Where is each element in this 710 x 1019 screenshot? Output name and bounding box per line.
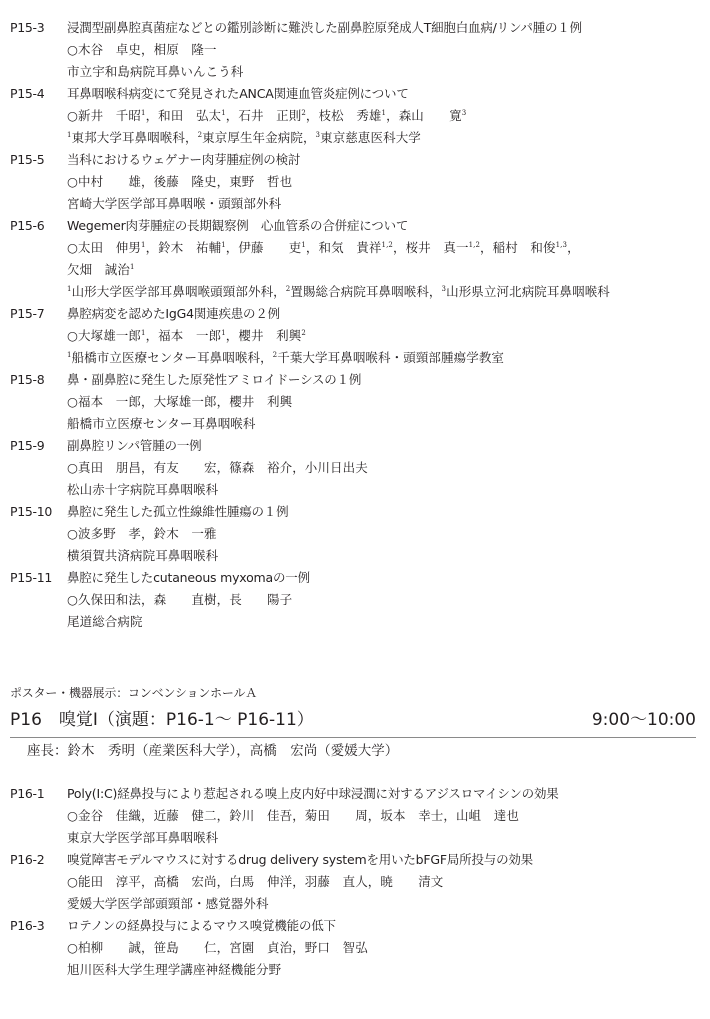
abstract-entry: P15-3 浸潤型副鼻腔真菌症などとの鑑別診断に難渋した副鼻腔原発成人T細胞白血… <box>0 17 710 83</box>
affiliation-marker: 3 <box>462 109 467 117</box>
affiliation-marker: 1 <box>130 263 135 271</box>
abstract-authors: ○新井 千昭1，和田 弘太1，石井 正則2，枝松 秀雄1，森山 寛3 <box>67 105 466 127</box>
affiliation-marker: 2 <box>286 285 291 293</box>
abstract-entry: P16-3 ロテノンの経鼻投与によるマウス嗅覚機能の低下 ○柏柳 誠，笹島 仁，… <box>0 915 710 981</box>
abstract-authors: ○福本 一郎，大塚雄一郎，櫻井 利興 <box>67 391 292 413</box>
abstract-authors: ○大塚雄一郎1，福本 一郎1，櫻井 利興2 <box>67 325 306 347</box>
abstract-code: P15-7 <box>10 303 44 325</box>
abstract-title: ロテノンの経鼻投与によるマウス嗅覚機能の低下 <box>67 915 336 937</box>
abstract-title: 耳鼻咽喉科病変にて発見されたANCA関連血管炎症例について <box>67 83 409 105</box>
abstract-title: 鼻腔病変を認めたIgG4関連疾患の２例 <box>67 303 280 325</box>
affiliation-marker: 1,2 <box>382 241 393 249</box>
abstract-entry: P15-7 鼻腔病変を認めたIgG4関連疾患の２例 ○大塚雄一郎1，福本 一郎1… <box>0 303 710 369</box>
abstract-code: P15-9 <box>10 435 44 457</box>
affiliation-marker: 1 <box>382 109 387 117</box>
affiliation-marker: 1 <box>67 285 72 293</box>
abstract-authors: ○木谷 卓史，相原 隆一 <box>67 39 217 61</box>
abstract-code: P16-2 <box>10 849 44 871</box>
affiliation-marker: 1 <box>141 241 146 249</box>
abstract-entry: P15-9 副鼻腔リンパ管腫の一例 ○真田 朋昌，有友 宏，篠森 裕介，小川日出… <box>0 435 710 501</box>
abstract-title: 鼻腔に発生したcutaneous myxomaの一例 <box>67 567 310 589</box>
abstract-code: P15-5 <box>10 149 44 171</box>
abstract-authors-cont: 欠畑 誠治1 <box>67 259 135 281</box>
affiliation-marker: 2 <box>198 131 203 139</box>
affiliation-marker: 1 <box>67 131 72 139</box>
abstract-affiliation: 船橋市立医療センター耳鼻咽喉科 <box>67 413 256 435</box>
abstract-title: 嗅覚障害モデルマウスに対するdrug delivery systemを用いたbF… <box>67 849 533 871</box>
affiliation-marker: 1 <box>221 329 226 337</box>
abstract-affiliation: 旭川医科大学生理学講座神経機能分野 <box>67 959 281 981</box>
abstract-entry: P15-5 当科におけるウェゲナー肉芽腫症例の検討 ○中村 雄，後藤 隆史，東野… <box>0 149 710 215</box>
abstract-code: P15-8 <box>10 369 44 391</box>
abstract-affiliation: 横須賀共済病院耳鼻咽喉科 <box>67 545 218 567</box>
abstract-code: P16-3 <box>10 915 44 937</box>
session-title: P16 嗅覚Ⅰ（演題：P16-1～ P16-11） <box>10 706 314 734</box>
abstract-code: P15-11 <box>10 567 52 589</box>
abstract-title: 当科におけるウェゲナー肉芽腫症例の検討 <box>67 149 300 171</box>
affiliation-marker: 3 <box>442 285 447 293</box>
abstract-affiliation: 宮崎大学医学部耳鼻咽喉・頭頸部外科 <box>67 193 281 215</box>
affiliation-marker: 1 <box>141 329 146 337</box>
affiliation-marker: 1,3 <box>556 241 567 249</box>
affiliation-marker: 2 <box>273 351 278 359</box>
session-header: P16 嗅覚Ⅰ（演題：P16-1～ P16-11） 9:00～10:00 <box>10 706 696 734</box>
abstract-code: P15-6 <box>10 215 44 237</box>
abstract-affiliation: 1船橋市立医療センター耳鼻咽喉科，2千葉大学耳鼻咽喉科・頭頸部腫瘍学教室 <box>67 347 504 369</box>
abstract-affiliation: 東京大学医学部耳鼻咽喉科 <box>67 827 218 849</box>
abstract-affiliation: 松山赤十字病院耳鼻咽喉科 <box>67 479 218 501</box>
abstract-authors: ○波多野 孝，鈴木 一雅 <box>67 523 217 545</box>
session-time: 9:00～10:00 <box>592 706 696 734</box>
abstract-authors: ○金谷 佳織，近藤 健二，鈴川 佳吾，菊田 周，坂本 幸士，山岨 達也 <box>67 805 519 827</box>
affiliation-marker: 1 <box>221 109 226 117</box>
abstract-title: Wegemer肉芽腫症の長期観察例 心血管系の合併症について <box>67 215 408 237</box>
abstract-affiliation: 愛媛大学医学部頭頸部・感覚器外科 <box>67 893 269 915</box>
abstract-title: 鼻腔に発生した孤立性線維性腫瘍の１例 <box>67 501 288 523</box>
abstract-affiliation: 1山形大学医学部耳鼻咽喉頭頸部外科，2置賜総合病院耳鼻咽喉科，3山形県立河北病院… <box>67 281 610 303</box>
p15-abstract-list: P15-3 浸潤型副鼻腔真菌症などとの鑑別診断に難渋した副鼻腔原発成人T細胞白血… <box>0 17 710 633</box>
abstract-entry: P15-4 耳鼻咽喉科病変にて発見されたANCA関連血管炎症例について ○新井 … <box>0 83 710 149</box>
session-chairs: 座長：鈴木 秀明（産業医科大学），高橋 宏尚（愛媛大学） <box>27 740 398 762</box>
abstract-authors: ○中村 雄，後藤 隆史，東野 哲也 <box>67 171 292 193</box>
abstract-affiliation: 1東邦大学耳鼻咽喉科，2東京厚生年金病院，3東京慈恵医科大学 <box>67 127 421 149</box>
p16-abstract-list: P16-1 Poly(I:C)経鼻投与により惹起される嗅上皮内好中球浸潤に対する… <box>0 783 710 981</box>
affiliation-marker: 1,2 <box>469 241 480 249</box>
abstract-entry: P15-6 Wegemer肉芽腫症の長期観察例 心血管系の合併症について ○太田… <box>0 215 710 303</box>
abstract-entry: P16-2 嗅覚障害モデルマウスに対するdrug delivery system… <box>0 849 710 915</box>
abstract-affiliation: 尾道総合病院 <box>67 611 143 633</box>
abstract-authors: ○真田 朋昌，有友 宏，篠森 裕介，小川日出夫 <box>67 457 368 479</box>
abstract-title: 鼻・副鼻腔に発生した原発性アミロイドーシスの１例 <box>67 369 361 391</box>
session-divider <box>10 737 696 738</box>
abstract-affiliation: 市立宇和島病院耳鼻いんこう科 <box>67 61 243 83</box>
affiliation-marker: 2 <box>301 109 306 117</box>
affiliation-marker: 1 <box>221 241 226 249</box>
abstract-code: P15-10 <box>10 501 52 523</box>
abstract-code: P16-1 <box>10 783 44 805</box>
abstract-authors: ○柏柳 誠，笹島 仁，宮園 貞治，野口 智弘 <box>67 937 368 959</box>
abstract-authors: ○久保田和法，森 直樹，長 陽子 <box>67 589 292 611</box>
abstract-code: P15-4 <box>10 83 44 105</box>
affiliation-marker: 2 <box>301 329 306 337</box>
abstract-entry: P15-10 鼻腔に発生した孤立性線維性腫瘍の１例 ○波多野 孝，鈴木 一雅 横… <box>0 501 710 567</box>
abstract-entry: P15-11 鼻腔に発生したcutaneous myxomaの一例 ○久保田和法… <box>0 567 710 633</box>
affiliation-marker: 1 <box>141 109 146 117</box>
affiliation-marker: 1 <box>301 241 306 249</box>
section-venue: ポスター・機器展示：コンベンションホールＡ <box>10 684 257 701</box>
abstract-code: P15-3 <box>10 17 44 39</box>
abstract-authors: ○太田 伸男1，鈴木 祐輔1，伊藤 吏1，和気 貴祥1,2，桜井 真一1,2，稲… <box>67 237 580 259</box>
affiliation-marker: 3 <box>316 131 321 139</box>
abstract-authors: ○能田 淳平，高橋 宏尚，白馬 伸洋，羽藤 直人，暁 清文 <box>67 871 443 893</box>
abstract-entry: P16-1 Poly(I:C)経鼻投与により惹起される嗅上皮内好中球浸潤に対する… <box>0 783 710 849</box>
affiliation-marker: 1 <box>67 351 72 359</box>
abstract-title: Poly(I:C)経鼻投与により惹起される嗅上皮内好中球浸潤に対するアジスロマイ… <box>67 783 559 805</box>
abstract-title: 浸潤型副鼻腔真菌症などとの鑑別診断に難渋した副鼻腔原発成人T細胞白血病/リンパ腫… <box>67 17 582 39</box>
abstract-title: 副鼻腔リンパ管腫の一例 <box>67 435 201 457</box>
abstract-entry: P15-8 鼻・副鼻腔に発生した原発性アミロイドーシスの１例 ○福本 一郎，大塚… <box>0 369 710 435</box>
